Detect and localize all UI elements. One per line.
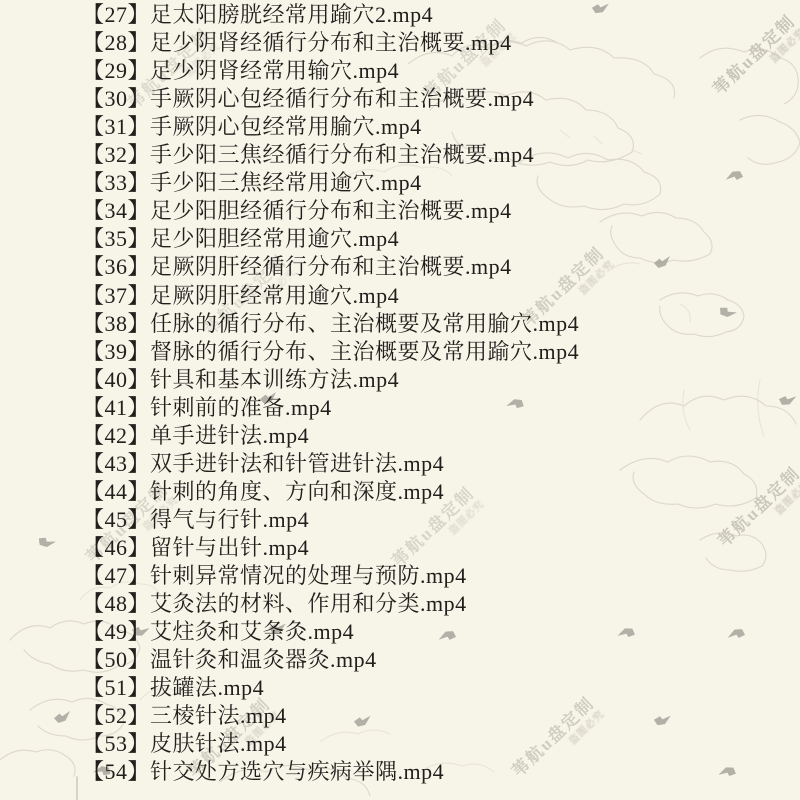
list-item[interactable]: 【31】手厥阴心包经常用腧穴.mp4	[82, 113, 800, 141]
list-item[interactable]: 【37】足厥阴肝经常用逾穴.mp4	[82, 282, 800, 310]
list-item[interactable]: 【41】针刺前的准备.mp4	[82, 394, 800, 422]
list-item[interactable]: 【29】足少阴肾经常用输穴.mp4	[82, 57, 800, 85]
list-item[interactable]: 【52】三棱针法.mp4	[82, 702, 800, 730]
list-item[interactable]: 【48】艾灸法的材料、作用和分类.mp4	[82, 590, 800, 618]
list-item[interactable]: 【27】足太阳膀胱经常用踰穴2.mp4	[82, 1, 800, 29]
list-item[interactable]: 【28】足少阴肾经循行分布和主治概要.mp4	[82, 29, 800, 57]
list-item[interactable]: 【51】拔罐法.mp4	[82, 674, 800, 702]
list-item[interactable]: 【30】手厥阴心包经循行分布和主治概要.mp4	[82, 85, 800, 113]
list-item[interactable]: 【36】足厥阴肝经循行分布和主治概要.mp4	[82, 253, 800, 281]
list-item[interactable]: 【50】温针灸和温灸器灸.mp4	[82, 646, 800, 674]
course-file-list-page: 苇航u盘定制盗图必究 苇航u盘定制盗图必究 苇航u盘定制盗图必究 苇航u盘定制盗…	[0, 0, 800, 800]
list-item[interactable]: 【39】督脉的循行分布、主治概要及常用踰穴.mp4	[82, 338, 800, 366]
list-item[interactable]: 【43】双手进针法和针管进针法.mp4	[82, 450, 800, 478]
file-list: 【26】【27】足太阳膀胱经常用踰穴2.mp4【28】足少阴肾经循行分布和主治概…	[0, 0, 800, 786]
list-item[interactable]: 【45】得气与行针.mp4	[82, 506, 800, 534]
list-item[interactable]: 【33】手少阳三焦经常用逾穴.mp4	[82, 169, 800, 197]
list-item[interactable]: 【47】针刺异常情况的处理与预防.mp4	[82, 562, 800, 590]
list-item[interactable]: 【34】足少阳胆经循行分布和主治概要.mp4	[82, 197, 800, 225]
list-item[interactable]: 【54】针交处方选穴与疾病举隅.mp4	[82, 758, 800, 786]
list-item[interactable]: 【46】留针与出针.mp4	[82, 534, 800, 562]
list-item[interactable]: 【35】足少阳胆经常用逾穴.mp4	[82, 225, 800, 253]
list-item[interactable]: 【32】手少阳三焦经循行分布和主治概要.mp4	[82, 141, 800, 169]
list-item[interactable]: 【40】针具和基本训练方法.mp4	[82, 366, 800, 394]
list-item[interactable]: 【53】皮肤针法.mp4	[82, 730, 800, 758]
list-item[interactable]: 【38】任脉的循行分布、主治概要及常用腧穴.mp4	[82, 310, 800, 338]
list-item[interactable]: 【49】艾炷灸和艾条灸.mp4	[82, 618, 800, 646]
list-item[interactable]: 【42】单手进针法.mp4	[82, 422, 800, 450]
list-item[interactable]: 【44】针刺的角度、方向和深度.mp4	[82, 478, 800, 506]
